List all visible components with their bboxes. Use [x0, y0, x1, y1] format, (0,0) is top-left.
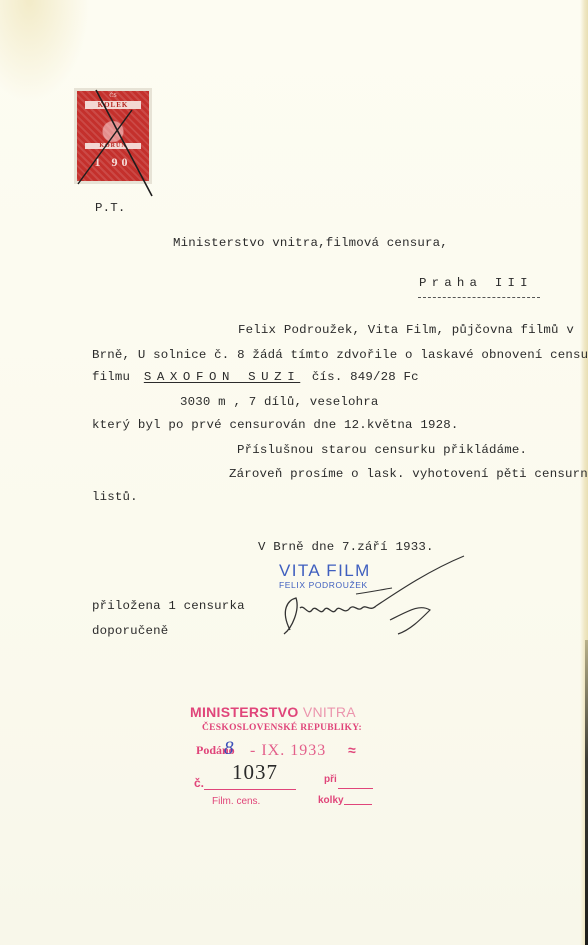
revenue-stamp-top-text: ČS	[77, 93, 149, 99]
revenue-stamp-label: KOLEK	[85, 101, 141, 109]
ministry-title-faded: VNITRA	[303, 704, 356, 720]
body-line-2: Brně, U solnice č. 8 žádá tímto zdvořile…	[92, 348, 588, 362]
film-label: filmu	[92, 370, 130, 384]
kolky-label: kolky	[318, 795, 344, 806]
body-line-7: Zároveň prosíme o lask. vyhotovení pěti …	[229, 467, 588, 481]
department-label: Film. cens.	[212, 796, 260, 807]
received-date: - IX. 1933	[250, 742, 326, 760]
ministry-title: MINISTERSTVO VNITRA	[190, 704, 356, 720]
film-number: čís. 849/28 Fc	[312, 370, 419, 384]
revenue-stamp-value: 1 90	[77, 155, 149, 170]
registry-number: 1037	[232, 760, 278, 785]
ministry-subtitle: ČESKOSLOVENSKÉ REPUBLIKY:	[202, 723, 362, 733]
body-line-4: 3030 m , 7 dílů, veselohra	[180, 395, 379, 409]
body-line-6: Příslušnou starou censurku přikládáme.	[237, 443, 527, 457]
revenue-stamp-face: ČS KOLEK KORUN 1 90	[77, 91, 149, 181]
film-title: SAXOFON SUZI	[144, 370, 300, 384]
stamp-mark-icon: ≈	[348, 742, 356, 758]
number-line	[204, 789, 296, 790]
pri-label: při	[324, 774, 337, 785]
revenue-stamp-label2: KORUN	[85, 143, 141, 149]
city: Praha III	[419, 276, 533, 290]
salutation: P.T.	[95, 201, 126, 215]
pri-line	[338, 788, 373, 789]
addressee: Ministerstvo vnitra,filmová censura,	[173, 236, 448, 250]
body-line-8: listů.	[92, 490, 138, 504]
body-line-5: který byl po prvé censurován dne 12.květ…	[92, 418, 459, 432]
body-line-1: Felix Podroužek, Vita Film, půjčovna fil…	[238, 323, 574, 337]
revenue-stamp: ČS KOLEK KORUN 1 90	[74, 88, 152, 184]
enclosure-note: přiložena 1 censurka	[92, 599, 245, 613]
city-underline	[418, 297, 540, 298]
number-prefix: č.	[194, 776, 204, 790]
ministry-receipt-stamp: MINISTERSTVO VNITRA ČESKOSLOVENSKÉ REPUB…	[180, 700, 380, 810]
kolky-line	[344, 804, 372, 805]
delivery-note: doporučeně	[92, 624, 168, 638]
ministry-title-main: MINISTERSTVO	[190, 704, 299, 720]
signature-icon	[270, 550, 470, 640]
received-day: 8	[224, 738, 234, 760]
body-line-3: filmu SAXOFON SUZI čís. 849/28 Fc	[92, 370, 419, 384]
